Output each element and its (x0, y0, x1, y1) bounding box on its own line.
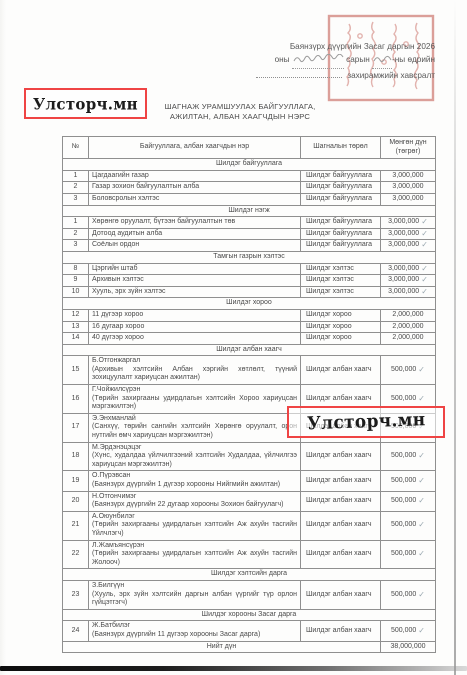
row-number: 17 (63, 413, 89, 442)
amount-value: 500,000 (391, 627, 416, 634)
amount-value: 500,000 (391, 477, 416, 484)
section-title: Шилдэг хэлтсийн дарга (63, 569, 436, 581)
award-type: Шилдэг хороо (301, 321, 381, 333)
table-row: 24Ж.Батбилэг(Баянзүрх дүүргийн 11 дүгээр… (63, 621, 436, 641)
section-header-row: Тамгын газрын хэлтэс (63, 251, 436, 263)
row-number: 1 (63, 217, 89, 229)
row-number: 15 (63, 356, 89, 385)
recipient-name-cell: Боловсролын хэлтэс (89, 193, 301, 205)
section-title: Тамгын газрын хэлтэс (63, 251, 436, 263)
amount-cell: 3,000,000✓ (381, 228, 436, 240)
amount-cell: 2,000,000 (381, 333, 436, 345)
award-type: Шилдэг хэлтэс (301, 286, 381, 298)
award-type: Шилдэг албан хаагч (301, 471, 381, 491)
amount-cell: 500,000✓ (381, 540, 436, 569)
recipient-name-cell: Цагдаагийн газар (89, 170, 301, 182)
recipient-name: О.Пүрэвсан (92, 472, 297, 481)
recipient-name-cell: Л.Жамъянсүрэн(Төрийн захиргааны удирдлаг… (89, 540, 301, 569)
scan-edge-line (454, 0, 456, 675)
recipient-name: Боловсролын хэлтэс (92, 195, 297, 204)
row-number: 16 (63, 385, 89, 414)
recipient-name-cell: А.Оюунбилэг(Төрийн захиргааны удирдлагын… (89, 511, 301, 540)
award-type: Шилдэг байгууллага (301, 193, 381, 205)
amount-value: 500,000 (391, 452, 416, 459)
check-mark: ✓ (418, 394, 425, 403)
amount-cell: 3,000,000✓ (381, 240, 436, 252)
row-number: 23 (63, 580, 89, 609)
row-number: 14 (63, 333, 89, 345)
table-row: 1Хөрөнгө оруулалт, бүтээн байгуулалтын т… (63, 217, 436, 229)
amount-cell: 500,000✓ (381, 442, 436, 471)
recipient-name: Л.Жамъянсүрэн (92, 542, 297, 551)
appendix-note-line2: оны сарын -ны өдрийн (225, 53, 435, 69)
amount-value: 2,000,000 (392, 311, 423, 318)
amount-value: 500,000 (391, 591, 416, 598)
recipient-description: (Санхүү, төрийн сангийн хэлтсийн Хөрөнгө… (92, 423, 297, 440)
recipient-name-cell: З.Билгүүн(Хууль, эрх зүйн хэлтсийн даргы… (89, 580, 301, 609)
recipient-name: Хууль, эрх зүйн хэлтэс (92, 288, 297, 297)
recipient-name-cell: 11 дүгээр хороо (89, 309, 301, 321)
check-mark: ✓ (418, 451, 425, 460)
amount-value: 3,000,000 (392, 183, 423, 190)
amount-cell: 3,000,000✓ (381, 275, 436, 287)
recipient-name-cell: О.Пүрэвсан(Баянзүрх дүүргийн 1 дүгээр хо… (89, 471, 301, 491)
amount-cell: 500,000✓ (381, 621, 436, 641)
table-row: 18М.Эрдэнэцэцэг(Хүнс, худалдаа үйлчилгээ… (63, 442, 436, 471)
table-row: 15Б.Отгонжаргал(Архивын хэлтсийн Албан х… (63, 356, 436, 385)
row-number: 1 (63, 170, 89, 182)
amount-value: 3,000,000 (388, 241, 419, 248)
scan-edge-strip (0, 666, 467, 671)
row-number: 18 (63, 442, 89, 471)
recipient-name: Хөрөнгө оруулалт, бүтээн байгуулалтын тө… (92, 218, 297, 227)
amount-cell: 500,000✓ (381, 491, 436, 511)
recipient-name: Дотоод аудитын алба (92, 230, 297, 239)
recipient-name-cell: 16 дугаар хороо (89, 321, 301, 333)
check-mark: ✓ (421, 217, 428, 226)
recipient-name-cell: Ж.Батбилэг(Баянзүрх дүүргийн 11 дүгээр х… (89, 621, 301, 641)
amount-cell: 3,000,000✓ (381, 286, 436, 298)
section-header-row: Шилдэг нэгж (63, 205, 436, 217)
table-row: 21А.Оюунбилэг(Төрийн захиргааны удирдлаг… (63, 511, 436, 540)
recipient-name-cell: Хууль, эрх зүйн хэлтэс (89, 286, 301, 298)
column-header-1: Байгууллага, албан хаагчдын нэр (89, 137, 301, 159)
amount-value: 500,000 (391, 550, 416, 557)
row-number: 2 (63, 182, 89, 194)
recipient-name: Г.Чойжилсүрэн (92, 386, 297, 395)
row-number: 13 (63, 321, 89, 333)
award-type: Шилдэг хороо (301, 333, 381, 345)
recipient-name: 40 дүгээр хороо (92, 334, 297, 343)
amount-cell: 500,000✓ (381, 511, 436, 540)
row-number: 22 (63, 540, 89, 569)
check-mark: ✓ (418, 549, 425, 558)
appendix-note-line1: Баянзүрх дүүргийн Засаг даргын 2026 (225, 40, 435, 53)
recipient-description: (Баянзүрх дүүргийн 11 дүгээр хорооны Зас… (92, 631, 297, 640)
award-type: Шилдэг албан хаагч (301, 540, 381, 569)
appendix-note-line3: захирамжийн хавсралт (225, 69, 435, 82)
award-type: Шилдэг албан хаагч (301, 491, 381, 511)
section-header-row: Шилдэг хорооны Засаг дарга (63, 609, 436, 621)
recipient-description: (Төрийн захиргааны удирдлагын хэлтсийн А… (92, 521, 297, 538)
award-type: Шилдэг байгууллага (301, 228, 381, 240)
recipient-description: (Хууль, эрх зүйн хэлтсийн даргын албан ү… (92, 591, 297, 608)
amount-value: 3,000,000 (392, 172, 423, 179)
check-mark: ✓ (421, 287, 428, 296)
row-number: 2 (63, 228, 89, 240)
recipient-description: (Архивын хэлтсийн Албан хэргийн хөтлөлт,… (92, 366, 297, 383)
table-row: 3Боловсролын хэлтэсШилдэг байгууллага3,0… (63, 193, 436, 205)
table-row: 22Л.Жамъянсүрэн(Төрийн захиргааны удирдл… (63, 540, 436, 569)
check-mark: ✓ (418, 496, 425, 505)
recipient-name-cell: Цэргийн штаб (89, 263, 301, 275)
table-row: 2Газар зохион байгуулалтын албаШилдэг ба… (63, 182, 436, 194)
amount-value: 3,000,000 (388, 230, 419, 237)
recipient-description: (Төрийн захиргааны удирдлагын хэлтсийн А… (92, 550, 297, 567)
recipient-name-cell: Э.Энхманлай(Санхүү, төрийн сангийн хэлтс… (89, 413, 301, 442)
amount-value: 2,000,000 (392, 323, 423, 330)
recipient-name-cell: М.Эрдэнэцэцэг(Хүнс, худалдаа үйлчилгээни… (89, 442, 301, 471)
recipient-name-cell: Хөрөнгө оруулалт, бүтээн байгуулалтын тө… (89, 217, 301, 229)
award-type: Шилдэг албан хаагч (301, 580, 381, 609)
column-header-0: № (63, 137, 89, 159)
ulstorch-watermark-text-2: Улсторч.мн (306, 409, 425, 434)
recipient-description: (Баянзүрх дүүргийн 1 дүгээр хорооны Нийг… (92, 481, 297, 490)
row-number: 3 (63, 240, 89, 252)
ulstorch-watermark-box-2: Улсторч.мн (287, 406, 445, 438)
table-header-row: №Байгууллага, албан хаагчдын нэрШагналын… (63, 137, 436, 159)
recipient-description: (Төрийн захиргааны удирдлагын хэлтсийн Х… (92, 395, 297, 412)
section-title: Шилдэг албан хаагч (63, 344, 436, 356)
table-row: 1440 дүгээр хорооШилдэг хороо2,000,000 (63, 333, 436, 345)
document-title-line2: АЖИЛТАН, АЛБАН ХААГЧДЫН НЭРС (125, 112, 355, 122)
check-mark: ✓ (418, 590, 425, 599)
amount-value: 500,000 (391, 366, 416, 373)
amount-value: 2,000,000 (392, 334, 423, 341)
table-row: 23З.Билгүүн(Хууль, эрх зүйн хэлтсийн дар… (63, 580, 436, 609)
recipient-name: Ж.Батбилэг (92, 622, 297, 631)
row-number: 10 (63, 286, 89, 298)
row-number: 20 (63, 491, 89, 511)
recipient-name: Архивын хэлтэс (92, 276, 297, 285)
amount-cell: 500,000✓ (381, 471, 436, 491)
table-row: 8Цэргийн штабШилдэг хэлтэс3,000,000✓ (63, 263, 436, 275)
amount-value: 500,000 (391, 395, 416, 402)
total-amount: 38,000,000 (381, 641, 436, 653)
section-header-row: Шилдэг албан хаагч (63, 344, 436, 356)
award-type: Шилдэг хэлтэс (301, 263, 381, 275)
recipient-name-cell: Г.Чойжилсүрэн(Төрийн захиргааны удирдлаг… (89, 385, 301, 414)
total-row: Нийт дүн38,000,000 (63, 641, 436, 653)
award-type: Шилдэг хэлтэс (301, 275, 381, 287)
amount-cell: 3,000,000 (381, 170, 436, 182)
amount-value: 3,000,000 (388, 218, 419, 225)
section-title: Шилдэг нэгж (63, 205, 436, 217)
recipient-name-cell: Соёлын ордон (89, 240, 301, 252)
section-title: Шилдэг хорооны Засаг дарга (63, 609, 436, 621)
column-header-3: Мөнгөн дүн (төгрөг) (381, 137, 436, 159)
document-title: ШАГНАЖ УРАМШУУЛАХ БАЙГУУЛЛАГА, АЖИЛТАН, … (125, 102, 355, 121)
check-mark: ✓ (418, 626, 425, 635)
amount-cell: 3,000,000 (381, 193, 436, 205)
table-row: 1211 дүгээр хорооШилдэг хороо2,000,000 (63, 309, 436, 321)
recipient-name: 16 дугаар хороо (92, 323, 297, 332)
amount-cell: 3,000,000 (381, 182, 436, 194)
award-type: Шилдэг албан хаагч (301, 356, 381, 385)
amount-value: 3,000,000 (388, 265, 419, 272)
ulstorch-watermark-box: Улсторч.мн (24, 88, 147, 119)
row-number: 19 (63, 471, 89, 491)
recipient-name-cell: 40 дүгээр хороо (89, 333, 301, 345)
recipient-name: Соёлын ордон (92, 241, 297, 250)
table-row: 1Цагдаагийн газарШилдэг байгууллага3,000… (63, 170, 436, 182)
recipient-name: Газар зохион байгуулалтын алба (92, 183, 297, 192)
section-title: Шилдэг хороо (63, 298, 436, 310)
amount-cell: 3,000,000✓ (381, 217, 436, 229)
award-type: Шилдэг байгууллага (301, 170, 381, 182)
amount-cell: 500,000✓ (381, 356, 436, 385)
check-mark: ✓ (418, 476, 425, 485)
amount-value: 500,000 (391, 521, 416, 528)
recipient-name-cell: Архивын хэлтэс (89, 275, 301, 287)
total-label: Нийт дүн (63, 641, 381, 653)
recipient-name-cell: Газар зохион байгуулалтын алба (89, 182, 301, 194)
recipient-name: Б.Отгонжаргал (92, 357, 297, 366)
amount-cell: 3,000,000✓ (381, 263, 436, 275)
award-type: Шилдэг албан хаагч (301, 442, 381, 471)
row-number: 9 (63, 275, 89, 287)
table-row: 19О.Пүрэвсан(Баянзүрх дүүргийн 1 дүгээр … (63, 471, 436, 491)
table-row: 10Хууль, эрх зүйн хэлтэсШилдэг хэлтэс3,0… (63, 286, 436, 298)
amount-value: 3,000,000 (388, 276, 419, 283)
amount-cell: 2,000,000 (381, 321, 436, 333)
recipient-description: (Баянзүрх дүүргийн 22 дугаар хорооны Зох… (92, 501, 297, 510)
recipient-name: Н.Отгончимэг (92, 493, 297, 502)
check-mark: ✓ (421, 240, 428, 249)
award-type: Шилдэг хороо (301, 309, 381, 321)
award-type: Шилдэг байгууллага (301, 217, 381, 229)
table-row: 20Н.Отгончимэг(Баянзүрх дүүргийн 22 дуга… (63, 491, 436, 511)
recipient-name: Цэргийн штаб (92, 265, 297, 274)
row-number: 21 (63, 511, 89, 540)
check-mark: ✓ (421, 229, 428, 238)
handwritten-date-entry (292, 54, 344, 69)
check-mark: ✓ (418, 520, 425, 529)
check-mark: ✓ (418, 365, 425, 374)
section-header-row: Шилдэг хороо (63, 298, 436, 310)
document-title-line1: ШАГНАЖ УРАМШУУЛАХ БАЙГУУЛЛАГА, (125, 102, 355, 112)
recipient-description: (Хүнс, худалдаа үйлчилгээний хэлтсийн Ху… (92, 452, 297, 469)
section-header-row: Шилдэг байгууллага (63, 159, 436, 171)
recipient-name: 11 дүгээр хороо (92, 311, 297, 320)
row-number: 24 (63, 621, 89, 641)
check-mark: ✓ (421, 275, 428, 284)
amount-value: 500,000 (391, 497, 416, 504)
section-title: Шилдэг байгууллага (63, 159, 436, 171)
section-header-row: Шилдэг хэлтсийн дарга (63, 569, 436, 581)
table-row: 1316 дугаар хорооШилдэг хороо2,000,000 (63, 321, 436, 333)
amount-value: 3,000,000 (388, 288, 419, 295)
recipient-name: Цагдаагийн газар (92, 172, 297, 181)
table-row: 9Архивын хэлтэсШилдэг хэлтэс3,000,000✓ (63, 275, 436, 287)
award-type: Шилдэг албан хаагч (301, 621, 381, 641)
row-number: 8 (63, 263, 89, 275)
handwritten-day-entry (372, 54, 392, 69)
recipient-name: З.Билгүүн (92, 582, 297, 591)
awards-table: №Байгууллага, албан хаагчдын нэрШагналын… (62, 136, 436, 653)
amount-cell: 500,000✓ (381, 580, 436, 609)
row-number: 12 (63, 309, 89, 321)
table-row: 2Дотоод аудитын албаШилдэг байгууллага3,… (63, 228, 436, 240)
check-mark: ✓ (421, 264, 428, 273)
award-type: Шилдэг байгууллага (301, 182, 381, 194)
appendix-note: Баянзүрх дүүргийн Засаг даргын 2026 оны … (225, 40, 435, 82)
dotted-fill-line (256, 69, 342, 78)
recipient-name-cell: Б.Отгонжаргал(Архивын хэлтсийн Албан хэр… (89, 356, 301, 385)
recipient-name-cell: Н.Отгончимэг(Баянзүрх дүүргийн 22 дугаар… (89, 491, 301, 511)
recipient-name-cell: Дотоод аудитын алба (89, 228, 301, 240)
row-number: 3 (63, 193, 89, 205)
ulstorch-watermark-text: Улсторч.мн (33, 94, 138, 113)
award-type: Шилдэг байгууллага (301, 240, 381, 252)
table-row: 3Соёлын ордонШилдэг байгууллага3,000,000… (63, 240, 436, 252)
amount-value: 3,000,000 (392, 195, 423, 202)
amount-cell: 2,000,000 (381, 309, 436, 321)
recipient-name: М.Эрдэнэцэцэг (92, 444, 297, 453)
awards-table-wrap: №Байгууллага, албан хаагчдын нэрШагналын… (62, 136, 435, 653)
document-page: Баянзүрх дүүргийн Засаг даргын 2026 оны … (0, 0, 467, 675)
column-header-2: Шагналын төрөл (301, 137, 381, 159)
award-type: Шилдэг албан хаагч (301, 511, 381, 540)
